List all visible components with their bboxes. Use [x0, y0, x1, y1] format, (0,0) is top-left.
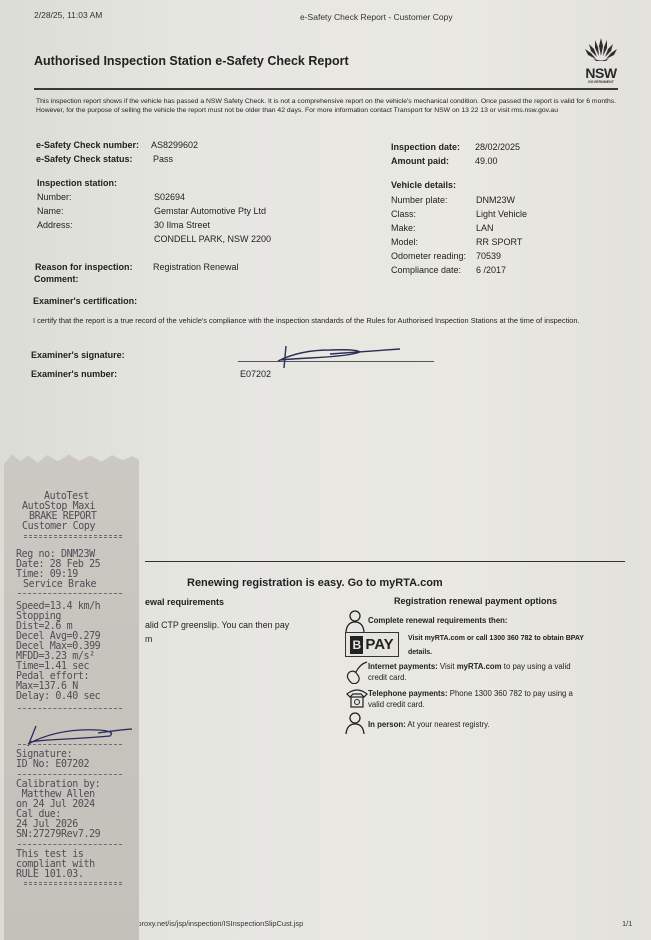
- vehicle-make-label: Make:: [391, 223, 476, 233]
- vehicle-make-value: LAN: [476, 223, 494, 233]
- certification-heading-label: Examiner's certification:: [33, 296, 137, 306]
- receipt-id-no: ID No: E07202: [16, 760, 89, 771]
- receipt-separator: [24, 535, 122, 538]
- payment-option-internet-text-3: credit card.: [368, 673, 407, 682]
- vehicle-compliance-label: Compliance date:: [391, 265, 476, 275]
- vehicle-model-row: Model: RR SPORT: [391, 237, 522, 247]
- comment-label: Comment:: [34, 274, 79, 284]
- receipt-separator: [18, 774, 122, 775]
- payment-options-heading: Registration renewal payment options: [394, 596, 557, 606]
- vehicle-make-row: Make: LAN: [391, 223, 494, 233]
- amount-paid-value: 49.00: [475, 156, 498, 166]
- payment-option-in-person-text: At your nearest registry.: [406, 720, 490, 729]
- station-address-line1: 30 Ilma Street: [154, 220, 210, 230]
- bpay-logo: BPAY: [345, 632, 399, 657]
- examiner-number-row: Examiner's number: E07202: [31, 369, 271, 379]
- vehicle-class-label: Class:: [391, 209, 476, 219]
- inspection-date-value: 28/02/2025: [475, 142, 520, 152]
- station-address-line2: CONDELL PARK, NSW 2200: [154, 234, 271, 244]
- comment-row: Comment:: [34, 274, 79, 284]
- check-status-label: e-Safety Check status:: [36, 154, 153, 164]
- receipt-copy: Customer Copy: [22, 522, 95, 533]
- vehicle-compliance-row: Compliance date: 6 /2017: [391, 265, 506, 275]
- header-divider: [34, 88, 618, 90]
- station-name-row: Name: Gemstar Automotive Pty Ltd: [37, 206, 266, 216]
- renewal-promo-heading: Renewing registration is easy. Go to myR…: [187, 577, 443, 589]
- certification-heading: Examiner's certification:: [33, 296, 137, 306]
- examiner-signature-label: Examiner's signature:: [31, 350, 125, 360]
- inspection-date-label: Inspection date:: [391, 142, 475, 152]
- examiner-signature-row: Examiner's signature:: [31, 350, 125, 360]
- nsw-government-logo: NSW GOVERNMENT: [576, 36, 626, 88]
- vehicle-odometer-label: Odometer reading:: [391, 251, 476, 261]
- vehicle-heading: Vehicle details:: [391, 180, 456, 190]
- payment-option-telephone-text-2: valid credit card.: [368, 700, 425, 709]
- reason-value: Registration Renewal: [153, 262, 239, 272]
- station-address-line2-row: CONDELL PARK, NSW 2200: [154, 234, 271, 244]
- payment-option-internet-text: Visit: [438, 662, 457, 671]
- print-title: e-Safety Check Report - Customer Copy: [300, 12, 453, 22]
- receipt-delay: Delay: 0.40 sec: [16, 692, 100, 703]
- payment-option-telephone-text: Phone 1300 360 782 to pay using a: [448, 689, 573, 698]
- receipt-compliance-3: RULE 101.03.: [16, 870, 83, 881]
- amount-paid-label: Amount paid:: [391, 156, 475, 166]
- bpay-label: PAY: [365, 636, 393, 653]
- station-name-label: Name:: [37, 206, 154, 216]
- receipt-separator: [18, 593, 122, 594]
- receipt-separator: [24, 882, 122, 885]
- myrta-link[interactable]: myRTA.com: [457, 662, 502, 671]
- print-datetime: 2/28/25, 11:03 AM: [34, 10, 102, 20]
- renewal-requirements-heading: ewal requirements: [145, 597, 224, 607]
- payment-option-internet-text-2: to pay using a valid: [502, 662, 571, 671]
- examiner-signature-scribble: [270, 344, 410, 370]
- vehicle-class-row: Class: Light Vehicle: [391, 209, 527, 219]
- vehicle-odometer-value: 70539: [476, 251, 501, 261]
- footer-page-number: 1/1: [622, 919, 632, 928]
- station-name-value: Gemstar Automotive Pty Ltd: [154, 206, 266, 216]
- section-divider: [145, 561, 625, 562]
- receipt-separator: [18, 744, 122, 745]
- intro-paragraph: This inspection report shows if the vehi…: [36, 98, 622, 115]
- certification-text: I certify that the report is a true reco…: [33, 316, 623, 325]
- check-status-row: e-Safety Check status: Pass: [36, 154, 173, 164]
- station-number-label: Number:: [37, 192, 154, 202]
- check-status-value: Pass: [153, 154, 173, 164]
- payment-option-requirements: Complete renewal requirements then:: [368, 615, 508, 626]
- brake-report-receipt: AutoTest AutoStop Maxi BRAKE REPORT Cust…: [4, 454, 139, 940]
- vehicle-model-label: Model:: [391, 237, 476, 247]
- payment-option-bpay-text-2: details.: [408, 649, 432, 656]
- payment-option-telephone-label: Telephone payments:: [368, 689, 448, 698]
- payment-option-internet-label: Internet payments:: [368, 662, 438, 671]
- vehicle-plate-row: Number plate: DNM23W: [391, 195, 515, 205]
- receipt-serial: SN:27279Rev7.29: [16, 830, 100, 841]
- examiner-number-label: Examiner's number:: [31, 369, 240, 379]
- government-logo-text: GOVERNMENT: [576, 80, 626, 84]
- payment-option-requirements-text: Complete renewal requirements then:: [368, 616, 508, 625]
- reason-label: Reason for inspection:: [35, 262, 153, 272]
- bpay-b-mark: B: [350, 636, 363, 654]
- payment-option-bpay: Visit myRTA.com or call 1300 360 782 to …: [408, 632, 584, 660]
- vehicle-class-value: Light Vehicle: [476, 209, 527, 219]
- payment-option-telephone: Telephone payments: Phone 1300 360 782 t…: [368, 688, 573, 710]
- check-number-row: e-Safety Check number: AS8299602: [36, 140, 198, 150]
- vehicle-compliance-value: 6 /2017: [476, 265, 506, 275]
- station-address-row: Address: 30 Ilma Street: [37, 220, 210, 230]
- mouse-icon: [346, 660, 368, 684]
- report-title: Authorised Inspection Station e-Safety C…: [34, 54, 349, 68]
- renewal-requirements-text: alid CTP greenslip. You can then pay: [145, 620, 289, 630]
- reason-row: Reason for inspection: Registration Rene…: [35, 262, 239, 272]
- check-number-label: e-Safety Check number:: [36, 140, 151, 150]
- nsw-logo-text: NSW: [576, 67, 626, 80]
- person-icon: [345, 712, 367, 734]
- person-icon: [345, 610, 367, 632]
- vehicle-odometer-row: Odometer reading: 70539: [391, 251, 501, 261]
- telephone-icon: [346, 688, 368, 708]
- amount-paid-row: Amount paid: 49.00: [391, 156, 498, 166]
- station-heading: Inspection station:: [37, 178, 117, 188]
- station-number-row: Number: S02694: [37, 192, 185, 202]
- payment-option-in-person-label: In person:: [368, 720, 406, 729]
- vehicle-model-value: RR SPORT: [476, 237, 522, 247]
- examiner-number-value: E07202: [240, 369, 271, 379]
- receipt-separator: [18, 844, 122, 845]
- vehicle-heading-label: Vehicle details:: [391, 180, 456, 190]
- vehicle-plate-value: DNM23W: [476, 195, 515, 205]
- vehicle-plate-label: Number plate:: [391, 195, 476, 205]
- payment-option-in-person: In person: At your nearest registry.: [368, 719, 490, 730]
- payment-option-internet: Internet payments: Visit myRTA.com to pa…: [368, 661, 571, 683]
- station-address-label: Address:: [37, 220, 154, 230]
- inspection-date-row: Inspection date: 28/02/2025: [391, 142, 520, 152]
- receipt-mode: Service Brake: [23, 580, 96, 591]
- payment-option-bpay-text: Visit myRTA.com or call 1300 360 782 to …: [408, 635, 584, 642]
- waratah-icon: [584, 36, 618, 62]
- station-heading-label: Inspection station:: [37, 178, 117, 188]
- receipt-separator: [18, 708, 122, 709]
- station-number-value: S02694: [154, 192, 185, 202]
- renewal-requirements-text-2: m: [145, 634, 152, 644]
- check-number-value: AS8299602: [151, 140, 198, 150]
